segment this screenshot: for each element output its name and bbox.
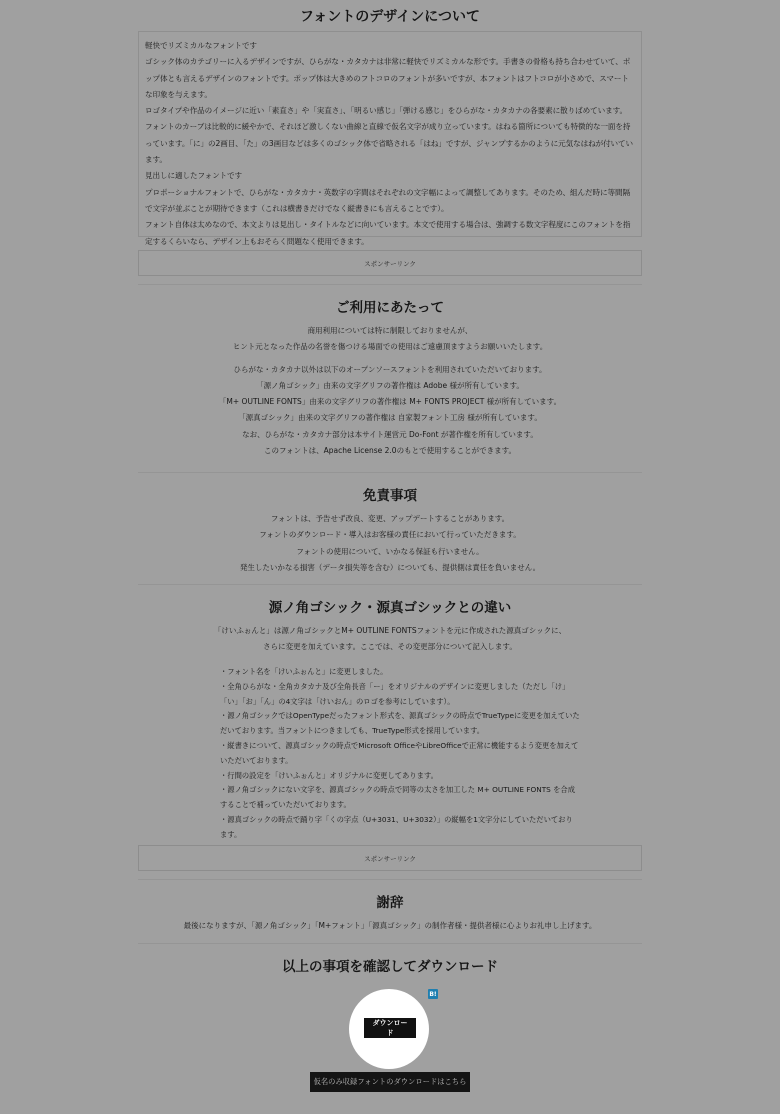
disclaimer-line: 発生したいかなる損害（データ損失等を含む）についても、提供側は責任を負いません。 <box>138 560 642 576</box>
disclaimer-line: フォントは、予告せず改良、変更、アップデートすることがあります。 <box>138 511 642 527</box>
usage-line: ヒント元となった作品の名誉を傷つける場面での使用はご遠慮頂ますようお願いいたしま… <box>138 339 642 355</box>
differences-list: ・フォント名を「けいふぉんと」に変更しました。 ・全角ひらがな・全角カタカナ及び… <box>220 665 580 843</box>
differences-intro-line: 「けいふぉんと」は源ノ角ゴシックとM+ OUTLINE FONTSフォントを元に… <box>138 623 642 639</box>
thanks-heading: 謝辞 <box>138 891 642 911</box>
differences-item: ・源ノ角ゴシックにない文字を、源真ゴシックの時点で同等の太さを加工した M+ O… <box>220 783 580 813</box>
divider <box>138 284 642 285</box>
divider <box>138 584 642 585</box>
design-paragraph: ゴシック体のカテゴリーに入るデザインですが、ひらがな・カタカナは非常に軽快でリズ… <box>145 54 635 103</box>
download-heading: 以上の事項を確認してダウンロード <box>138 955 642 975</box>
hatena-bookmark-icon[interactable]: B! <box>428 989 438 999</box>
design-paragraph: フォント自体は太めなので、本文よりは見出し・タイトルなどに向いています。本文で使… <box>145 217 635 250</box>
download-button[interactable]: ダウンロード <box>364 1018 416 1038</box>
disclaimer-section: 免責事項 フォントは、予告せず改良、変更、アップデートすることがあります。 フォ… <box>138 484 642 576</box>
divider <box>138 472 642 473</box>
differences-heading: 源ノ角ゴシック・源真ゴシックとの違い <box>138 596 642 616</box>
disclaimer-line: フォントのダウンロード・導入はお客様の責任において行っていただきます。 <box>138 527 642 543</box>
license-line: このフォントは、Apache License 2.0のもとで使用することができま… <box>138 443 642 459</box>
license-line: 「源真ゴシック」由来の文字グリフの著作権は 自家製フォント工房 様が所有していま… <box>138 410 642 426</box>
divider <box>138 879 642 880</box>
license-line: なお、ひらがな・カタカナ部分は本サイト運営元 Do-Font が著作権を所有して… <box>138 427 642 443</box>
design-subheading: 見出しに適したフォントです <box>145 168 635 184</box>
differences-item: ・フォント名を「けいふぉんと」に変更しました。 <box>220 665 580 680</box>
sponsored-link-box[interactable]: スポンサーリンク <box>138 845 642 871</box>
design-paragraph: ロゴタイプや作品のイメージに近い「素直さ」や「実直さ」、「明るい感じ」「弾ける感… <box>145 103 635 119</box>
differences-item: ・行間の設定を「けいふぉんと」オリジナルに変更してあります。 <box>220 769 580 784</box>
differences-item: ・源ノ角ゴシックではOpenTypeだったフォント形式を、源真ゴシックの時点でT… <box>220 709 580 739</box>
download-section: 以上の事項を確認してダウンロード <box>138 955 642 975</box>
usage-heading: ご利用にあたって <box>138 296 642 316</box>
license-line: ひらがな・カタカナ以外は以下のオープンソースフォントを利用されていただいておりま… <box>138 362 642 378</box>
differences-intro-line: さらに変更を加えています。ここでは、その変更部分について記入します。 <box>138 639 642 655</box>
design-paragraph: フォントのカーブは比較的に緩やかで、それほど激しくない曲線と直線で仮名文字が成り… <box>145 119 635 168</box>
disclaimer-heading: 免責事項 <box>138 484 642 504</box>
sponsored-link-box[interactable]: スポンサーリンク <box>138 250 642 276</box>
license-line: 「源ノ角ゴシック」由来の文字グリフの著作権は Adobe 様が所有しています。 <box>138 378 642 394</box>
differences-item: ・縦書きについて、源真ゴシックの時点でMicrosoft OfficeやLibr… <box>220 739 580 769</box>
design-subheading: 軽快でリズミカルなフォントです <box>145 38 635 54</box>
design-description-box: 軽快でリズミカルなフォントです ゴシック体のカテゴリーに入るデザインですが、ひら… <box>138 31 642 237</box>
differences-section: 源ノ角ゴシック・源真ゴシックとの違い 「けいふぉんと」は源ノ角ゴシックとM+ O… <box>138 596 642 656</box>
design-paragraph: プロポーショナルフォントで、ひらがな・カタカナ・英数字の字間はそれぞれの文字幅に… <box>145 185 635 218</box>
thanks-line: 最後になりますが、「源ノ角ゴシック」「M+フォント」「源真ゴシック」の制作者様・… <box>138 918 642 934</box>
usage-line: 商用利用については特に制限しておりませんが、 <box>138 323 642 339</box>
kana-only-download-button[interactable]: 仮名のみ収録フォントのダウンロードはこちら <box>310 1072 470 1092</box>
differences-item: ・全角ひらがな・全角カタカナ及び全角長音「ー」をオリジナルのデザインに変更しまし… <box>220 680 580 710</box>
design-heading: フォントのデザインについて <box>138 6 642 26</box>
differences-item: ・源真ゴシックの時点で踊り字「くの字点（U+3031、U+3032）」の縦幅を1… <box>220 813 580 843</box>
disclaimer-line: フォントの使用について、いかなる保証も行いません。 <box>138 544 642 560</box>
license-line: 「M+ OUTLINE FONTS」由来の文字グリフの著作権は M+ FONTS… <box>138 394 642 410</box>
divider <box>138 943 642 944</box>
thanks-section: 謝辞 最後になりますが、「源ノ角ゴシック」「M+フォント」「源真ゴシック」の制作… <box>138 891 642 934</box>
usage-section: ご利用にあたって 商用利用については特に制限しておりませんが、 ヒント元となった… <box>138 296 642 459</box>
